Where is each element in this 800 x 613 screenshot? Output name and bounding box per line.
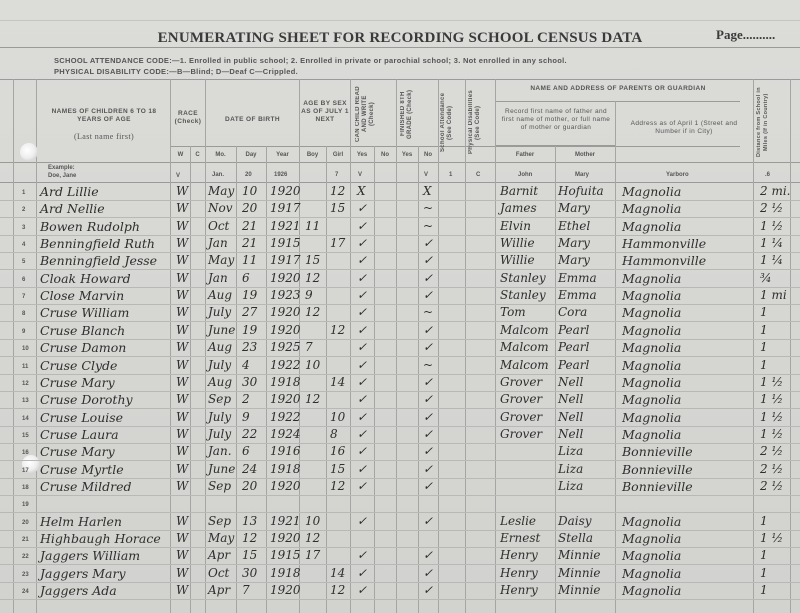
cell-girl: 14 — [330, 375, 345, 389]
cell-boy: 17 — [305, 548, 320, 562]
cell-n: 5 — [22, 259, 25, 265]
cell-day: 30 — [242, 566, 257, 580]
cell-rw: ✓ — [357, 479, 367, 493]
cell-distance: 2 ½ — [760, 444, 783, 458]
cell-boy: 7 — [305, 340, 313, 354]
cell-name: Cruse Dorothy — [40, 392, 133, 407]
cell-girl: 16 — [330, 444, 345, 458]
cell-distance: 1 — [760, 323, 768, 337]
cell-day: 24 — [242, 462, 257, 476]
cell-address: Magnolia — [622, 548, 681, 563]
cell-day: 20 — [242, 479, 257, 493]
cell-eighth: ~ — [423, 358, 433, 372]
cell-mother: Liza — [558, 462, 583, 476]
cell-year: 1920 — [270, 479, 301, 493]
cell-boy: 9 — [305, 288, 313, 302]
cell-father: Grover — [500, 410, 542, 424]
cell-address: Bonnieville — [622, 444, 693, 459]
subheader-year: Year — [266, 152, 299, 158]
table-row: 3Bowen RudolphWOct21192111✓~ElvinEthelMa… — [0, 218, 800, 235]
school-attendance-code: SCHOOL ATTENDANCE CODE:—1. Enrolled in p… — [54, 55, 567, 66]
cell-rw: ✓ — [357, 427, 367, 441]
cell-eighth: ✓ — [423, 444, 433, 458]
cell-n: 24 — [22, 589, 29, 595]
cell-day: 23 — [242, 340, 257, 354]
cell-father: Grover — [500, 392, 542, 406]
cell-rw: ✓ — [357, 201, 367, 215]
subheader-father: Father — [495, 152, 555, 158]
cell-name: Cruse Mildred — [40, 479, 132, 494]
cell-rw: ✓ — [357, 340, 367, 354]
header-attendance: School Attendance (See Code) — [440, 85, 462, 160]
form-title: ENUMERATING SHEET FOR RECORDING SCHOOL C… — [0, 30, 800, 47]
table-row: 8Cruse WilliamWJuly27192012✓~TomCoraMagn… — [0, 304, 800, 321]
header-distance: Distance from School in Miles (If in Cou… — [756, 82, 788, 162]
cell-year: 1920 — [270, 305, 301, 319]
cell-mother: Pearl — [558, 358, 589, 372]
cell-girl: 12 — [330, 184, 345, 198]
cell-girl: 10 — [330, 410, 345, 424]
cell-eighth: ~ — [423, 305, 433, 319]
cell-year: 1918 — [270, 375, 301, 389]
cell-mo: Jan — [208, 271, 228, 285]
cell-mo: Sep — [208, 392, 231, 406]
cell-n: 8 — [22, 311, 25, 317]
cell-girl: 14 — [330, 566, 345, 580]
cell-address: Magnolia — [622, 323, 681, 338]
cell-race: W — [176, 427, 188, 441]
cell-eighth: ✓ — [423, 375, 433, 389]
cell-name: Cruse Clyde — [40, 358, 117, 373]
cell-address: Magnolia — [622, 305, 681, 320]
cell-rw: ✓ — [357, 514, 367, 528]
cell-mo: Jan — [208, 236, 228, 250]
cell-address: Hammonville — [622, 253, 706, 268]
cell-year: 1923 — [270, 288, 301, 302]
cell-name: Cloak Howard — [40, 271, 131, 286]
cell-address: Magnolia — [622, 392, 681, 407]
cell-race: W — [176, 236, 188, 250]
cell-girl: 12 — [330, 479, 345, 493]
cell-n: 14 — [22, 416, 29, 422]
cell-distance: 1 ½ — [760, 375, 783, 389]
cell-year: 1920 — [270, 531, 301, 545]
cell-rw: ✓ — [357, 219, 367, 233]
cell-n: 22 — [22, 554, 29, 560]
table-row: 1Ard LillieWMay10192012XXBarnitHofuitaMa… — [0, 183, 800, 200]
cell-girl: 12 — [330, 583, 345, 597]
cell-day: 6 — [242, 444, 250, 458]
cell-mother: Hofuita — [558, 184, 604, 198]
cell-year: 1920 — [270, 583, 301, 597]
subheader-race-w: W — [171, 152, 190, 158]
cell-distance: 1 — [760, 514, 768, 528]
cell-race: W — [176, 271, 188, 285]
example-8th: V — [424, 172, 428, 178]
cell-rw: ✓ — [357, 462, 367, 476]
header-dob: DATE OF BIRTH — [206, 116, 299, 124]
page-number-label: Page.......... — [716, 27, 775, 43]
cell-mo: June — [208, 323, 235, 337]
cell-father: Henry — [500, 583, 538, 597]
cell-mother: Liza — [558, 479, 583, 493]
example-address: Yarboro — [666, 172, 689, 178]
cell-father: Stanley — [500, 288, 546, 302]
cell-mo: Oct — [208, 219, 229, 233]
cell-eighth: ✓ — [423, 392, 433, 406]
cell-rw: ✓ — [357, 236, 367, 250]
table-row: 17Cruse MyrtleWJune24191815✓✓LizaBonniev… — [0, 461, 800, 478]
cell-mo: Apr — [208, 583, 230, 597]
cell-eighth: ✓ — [423, 583, 433, 597]
table-row: 13Cruse DorothyWSep2192012✓✓GroverNellMa… — [0, 391, 800, 408]
cell-race: W — [176, 288, 188, 302]
cell-eighth: ✓ — [423, 514, 433, 528]
cell-address: Magnolia — [622, 219, 681, 234]
example-rw: V — [358, 172, 362, 178]
cell-mo: Jan. — [208, 444, 232, 458]
cell-distance: 2 ½ — [760, 479, 783, 493]
cell-father: James — [500, 201, 537, 215]
cell-boy: 12 — [305, 392, 320, 406]
cell-distance: 1 ½ — [760, 427, 783, 441]
cell-n: 10 — [22, 346, 29, 352]
cell-day: 22 — [242, 427, 257, 441]
cell-mother: Stella — [558, 531, 593, 545]
cell-n: 11 — [22, 364, 28, 370]
cell-n: 19 — [22, 502, 29, 508]
cell-address: Hammonville — [622, 236, 706, 251]
header-read-write: CAN CHILD READ AND WRITE (Check) — [355, 85, 391, 143]
cell-mother: Minnie — [558, 566, 601, 580]
cell-year: 1921 — [270, 219, 301, 233]
cell-eighth: ✓ — [423, 410, 433, 424]
cell-father: Henry — [500, 566, 538, 580]
cell-rw: ✓ — [357, 583, 367, 597]
cell-name: Jaggers William — [40, 548, 140, 563]
cell-boy: 12 — [305, 305, 320, 319]
subheader-girl: Girl — [326, 152, 350, 158]
cell-rw: ✓ — [357, 410, 367, 424]
table-row: 11Cruse ClydeWJuly4192210✓~MalcomPearlMa… — [0, 357, 800, 374]
cell-year: 1915 — [270, 548, 301, 562]
cell-day: 27 — [242, 305, 257, 319]
example-name: Doe, Jane — [48, 173, 76, 179]
cell-distance: 2 mi. — [760, 184, 790, 198]
table-row: 12Cruse MaryWAug30191814✓✓GroverNellMagn… — [0, 374, 800, 391]
cell-rw: ✓ — [357, 253, 367, 267]
table-row: 19 — [0, 495, 800, 512]
cell-distance: 1 mi — [760, 288, 787, 302]
cell-mother: Pearl — [558, 340, 589, 354]
cell-race: W — [176, 375, 188, 389]
cell-n: 13 — [22, 398, 29, 404]
cell-mo: Aug — [208, 288, 232, 302]
cell-race: W — [176, 305, 188, 319]
cell-n: 2 — [22, 207, 25, 213]
cell-distance: 1 — [760, 583, 768, 597]
cell-distance: 1 — [760, 548, 768, 562]
cell-distance: 1 ½ — [760, 531, 783, 545]
cell-name: Ard Lillie — [40, 184, 99, 199]
cell-race: W — [176, 219, 188, 233]
cell-day: 7 — [242, 583, 250, 597]
cell-day: 4 — [242, 358, 250, 372]
cell-eighth: ✓ — [423, 236, 433, 250]
cell-address: Magnolia — [622, 271, 681, 286]
cell-race: W — [176, 479, 188, 493]
cell-day: 21 — [242, 236, 257, 250]
cell-mother: Emma — [558, 288, 597, 302]
cell-mother: Liza — [558, 444, 583, 458]
example-girl: 7 — [335, 172, 338, 178]
cell-n: 3 — [22, 225, 25, 231]
cell-mo: May — [208, 253, 234, 267]
cell-mother: Mary — [558, 236, 590, 250]
table-row: 4Benningfield RuthWJan21191517✓✓WillieMa… — [0, 235, 800, 252]
cell-mo: June — [208, 462, 235, 476]
cell-address: Magnolia — [622, 514, 681, 529]
cell-year: 1917 — [270, 201, 301, 215]
cell-distance: 1 — [760, 340, 768, 354]
cell-day: 30 — [242, 375, 257, 389]
cell-race: W — [176, 323, 188, 337]
cell-mo: Sep — [208, 479, 231, 493]
cell-year: 1925 — [270, 340, 301, 354]
cell-year: 1920 — [270, 184, 301, 198]
cell-name: Close Marvin — [40, 288, 124, 303]
cell-rw: ✓ — [357, 392, 367, 406]
cell-distance: 1 — [760, 358, 768, 372]
cell-mo: July — [208, 358, 231, 372]
cell-race: W — [176, 340, 188, 354]
cell-address: Magnolia — [622, 340, 681, 355]
cell-day: 19 — [242, 323, 257, 337]
cell-mo: Aug — [208, 375, 232, 389]
cell-n: 23 — [22, 572, 29, 578]
cell-race: W — [176, 444, 188, 458]
cell-year: 1922 — [270, 358, 301, 372]
cell-mother: Pearl — [558, 323, 589, 337]
cell-name: Bowen Rudolph — [40, 219, 140, 234]
table-row: 16Cruse MaryWJan.6191616✓✓LizaBonnievill… — [0, 443, 800, 460]
cell-name: Cruse Louise — [40, 410, 123, 425]
cell-mother: Mary — [558, 201, 590, 215]
cell-father: Leslie — [500, 514, 536, 528]
example-day: 20 — [245, 172, 252, 178]
cell-race: W — [176, 358, 188, 372]
cell-n: 1 — [22, 190, 25, 196]
cell-father: Ernest — [500, 531, 540, 545]
cell-rw: ✓ — [357, 566, 367, 580]
cell-eighth: X — [423, 184, 432, 198]
cell-n: 17 — [22, 468, 29, 474]
table-row: 14Cruse LouiseWJuly9192210✓✓GroverNellMa… — [0, 409, 800, 426]
table-row: 15Cruse LauraWJuly2219248✓✓GroverNellMag… — [0, 426, 800, 443]
cell-n: 9 — [22, 329, 25, 335]
subheader-race-c: C — [190, 152, 205, 158]
cell-day: 10 — [242, 184, 257, 198]
cell-day: 13 — [242, 514, 257, 528]
cell-n: 16 — [22, 450, 29, 456]
cell-distance: ¾ — [760, 271, 772, 285]
cell-year: 1924 — [270, 427, 301, 441]
cell-race: W — [176, 548, 188, 562]
cell-race: W — [176, 410, 188, 424]
cell-year: 1917 — [270, 253, 301, 267]
cell-distance: 1 ¼ — [760, 253, 783, 267]
cell-address: Magnolia — [622, 583, 681, 598]
cell-distance: 1 ½ — [760, 219, 783, 233]
cell-boy: 15 — [305, 253, 320, 267]
cell-mo: Sep — [208, 514, 231, 528]
cell-eighth: ✓ — [423, 253, 433, 267]
example-father: John — [518, 172, 532, 178]
cell-mother: Nell — [558, 392, 583, 406]
cell-father: Malcom — [500, 358, 549, 372]
cell-n: 7 — [22, 294, 25, 300]
table-row: 18Cruse MildredWSep20192012✓✓LizaBonniev… — [0, 478, 800, 495]
subheader-mother: Mother — [555, 152, 615, 158]
cell-name: Cruse Mary — [40, 375, 115, 390]
table-row: 6Cloak HowardWJan6192012✓✓StanleyEmmaMag… — [0, 270, 800, 287]
cell-father: Grover — [500, 427, 542, 441]
cell-name: Helm Harlen — [40, 514, 122, 529]
cell-rw: ✓ — [357, 323, 367, 337]
cell-father: Willie — [500, 253, 535, 267]
census-sheet: ENUMERATING SHEET FOR RECORDING SCHOOL C… — [0, 0, 800, 613]
cell-name: Benningfield Jesse — [40, 253, 157, 268]
cell-father: Malcom — [500, 323, 549, 337]
cell-n: 15 — [22, 433, 29, 439]
cell-eighth: ~ — [423, 201, 433, 215]
cell-father: Grover — [500, 375, 542, 389]
example-distance: .6 — [765, 172, 770, 178]
cell-boy: 12 — [305, 271, 320, 285]
cell-girl: 15 — [330, 201, 345, 215]
cell-rw: ✓ — [357, 358, 367, 372]
cell-day: 20 — [242, 201, 257, 215]
cell-address: Bonnieville — [622, 462, 693, 477]
cell-day: 11 — [242, 253, 257, 267]
cell-eighth: ✓ — [423, 462, 433, 476]
cell-father: Malcom — [500, 340, 549, 354]
cell-father: Barnit — [500, 184, 538, 198]
code-legend: SCHOOL ATTENDANCE CODE:—1. Enrolled in p… — [54, 55, 567, 77]
cell-mo: Apr — [208, 548, 230, 562]
cell-father: Elvin — [500, 219, 531, 233]
table-row: 5Benningfield JesseWMay11191715✓✓WillieM… — [0, 252, 800, 269]
cell-address: Magnolia — [622, 358, 681, 373]
subheader-8th-yes: Yes — [396, 152, 418, 158]
physical-disability-code: PHYSICAL DISABILITY CODE:—B—Blind; D—Dea… — [54, 66, 567, 77]
cell-father: Stanley — [500, 271, 546, 285]
cell-year: 1920 — [270, 392, 301, 406]
example-mo: Jan. — [212, 172, 224, 178]
cell-eighth: ✓ — [423, 323, 433, 337]
cell-mother: Daisy — [558, 514, 592, 528]
cell-name: Jaggers Ada — [40, 583, 117, 598]
cell-eighth: ✓ — [423, 427, 433, 441]
cell-year: 1918 — [270, 462, 301, 476]
cell-girl: 12 — [330, 323, 345, 337]
cell-boy: 10 — [305, 358, 320, 372]
cell-mo: May — [208, 184, 234, 198]
example-race: V — [176, 173, 180, 179]
table-row: 21Highbaugh HoraceWMay12192012ErnestStel… — [0, 530, 800, 547]
cell-n: 21 — [22, 537, 29, 543]
cell-distance: 1 ¼ — [760, 236, 783, 250]
cell-name: Cruse Damon — [40, 340, 126, 355]
cell-eighth: ✓ — [423, 566, 433, 580]
cell-day: 9 — [242, 410, 250, 424]
cell-address: Magnolia — [622, 410, 681, 425]
example-attendance: 1 — [449, 172, 452, 178]
cell-year: 1920 — [270, 323, 301, 337]
cell-year: 1918 — [270, 566, 301, 580]
cell-eighth: ✓ — [423, 288, 433, 302]
cell-day: 12 — [242, 531, 257, 545]
cell-day: 2 — [242, 392, 250, 406]
table-row: 23Jaggers MaryWOct30191814✓✓HenryMinnieM… — [0, 565, 800, 582]
cell-name: Benningfield Ruth — [40, 236, 155, 251]
cell-distance: 2 ½ — [760, 462, 783, 476]
example-label: Example: — [48, 165, 75, 171]
cell-eighth: ✓ — [423, 548, 433, 562]
cell-day: 21 — [242, 219, 257, 233]
cell-distance: 1 — [760, 305, 768, 319]
cell-father: Henry — [500, 548, 538, 562]
example-mother: Mary — [575, 172, 589, 178]
cell-name: Cruse Mary — [40, 444, 115, 459]
subheader-day: Day — [236, 152, 266, 158]
cell-address: Magnolia — [622, 184, 681, 199]
cell-mother: Ethel — [558, 219, 590, 233]
subheader-boy: Boy — [299, 152, 326, 158]
cell-mother: Nell — [558, 375, 583, 389]
cell-distance: 2 ½ — [760, 201, 783, 215]
cell-rw: ✓ — [357, 271, 367, 285]
cell-distance: 1 — [760, 566, 768, 580]
cell-eighth: ~ — [423, 219, 433, 233]
cell-girl: 17 — [330, 236, 345, 250]
cell-address: Bonnieville — [622, 479, 693, 494]
cell-mother: Minnie — [558, 583, 601, 597]
cell-name: Ard Nellie — [40, 201, 105, 216]
cell-address: Magnolia — [622, 566, 681, 581]
subheader-rw-no: No — [374, 152, 396, 158]
cell-rw: X — [357, 184, 366, 198]
header-eighth-grade: FINISHED 8TH GRADE (Check) — [400, 85, 436, 143]
cell-eighth: ✓ — [423, 340, 433, 354]
cell-mother: Cora — [558, 305, 587, 319]
header-names: NAMES OF CHILDREN 6 TO 18 YEARS OF AGE — [40, 108, 168, 124]
cell-race: W — [176, 184, 188, 198]
cell-year: 1915 — [270, 236, 301, 250]
header-age: AGE BY SEX AS OF JULY 1 NEXT — [300, 100, 350, 124]
cell-n: 4 — [22, 242, 25, 248]
cell-name: Cruse Myrtle — [40, 462, 124, 477]
cell-rw: ✓ — [357, 305, 367, 319]
cell-year: 1922 — [270, 410, 301, 424]
cell-boy: 11 — [305, 219, 320, 233]
table-row: 24Jaggers AdaWApr7192012✓✓HenryMinnieMag… — [0, 582, 800, 599]
cell-n: 12 — [22, 381, 29, 387]
header-parents: NAME AND ADDRESS OF PARENTS OR GUARDIAN — [496, 85, 740, 93]
header-address: Address as of April 1 (Street and Number… — [620, 120, 748, 136]
cell-mo: Aug — [208, 340, 232, 354]
cell-name: Jaggers Mary — [40, 566, 126, 581]
